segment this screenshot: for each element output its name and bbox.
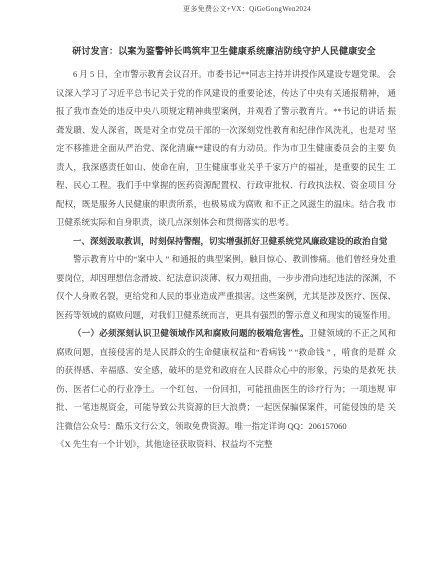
- paragraph-harm: （一）必须深刻认识卫健领域作风和腐败问题的极端危害性。卫健领域的不正之风和腐败问…: [56, 324, 396, 435]
- footer-note-line: 《X 先生有一个计划》，其他途径获取资料、权益均不完整: [56, 435, 396, 454]
- paragraph-harm-lead: （一）必须深刻认识卫健领域作风和腐败问题的极端危害性。: [73, 328, 309, 338]
- paragraph-intro: 6 月 5 日，全市警示教育会议召开。市委书记**同志主持并讲授作风建设专题党课…: [56, 65, 396, 232]
- promo-watermark: 更多免费公文+VX：QiGeGongWen2024: [23, 0, 448, 14]
- document-title: 研讨发言：以案为鉴警钟长鸣筑牢卫生健康系统廉洁防线守护人民健康安全: [0, 44, 448, 57]
- paragraph-harm-rest: 卫健领域的不正之风和腐败问题，直接侵害的是人民群众的生命健康权益和“看病钱 ” …: [56, 328, 396, 431]
- document-page: 更多免费公文+VX：QiGeGongWen2024 研讨发言：以案为鉴警钟长鸣筑…: [0, 0, 448, 580]
- section-heading-1: 一、深刻汲取教训，时刻保持警醒，切实增强抓好卫健系统党风廉政建设的政治自觉: [56, 232, 396, 251]
- document-body: 6 月 5 日，全市警示教育会议召开。市委书记**同志主持并讲授作风建设专题党课…: [56, 65, 396, 454]
- paragraph-lessons: 警示教育片中的“案中人 ” 和通报的典型案例，触目惊心、教训惨痛。他们曾经身处重…: [56, 250, 396, 324]
